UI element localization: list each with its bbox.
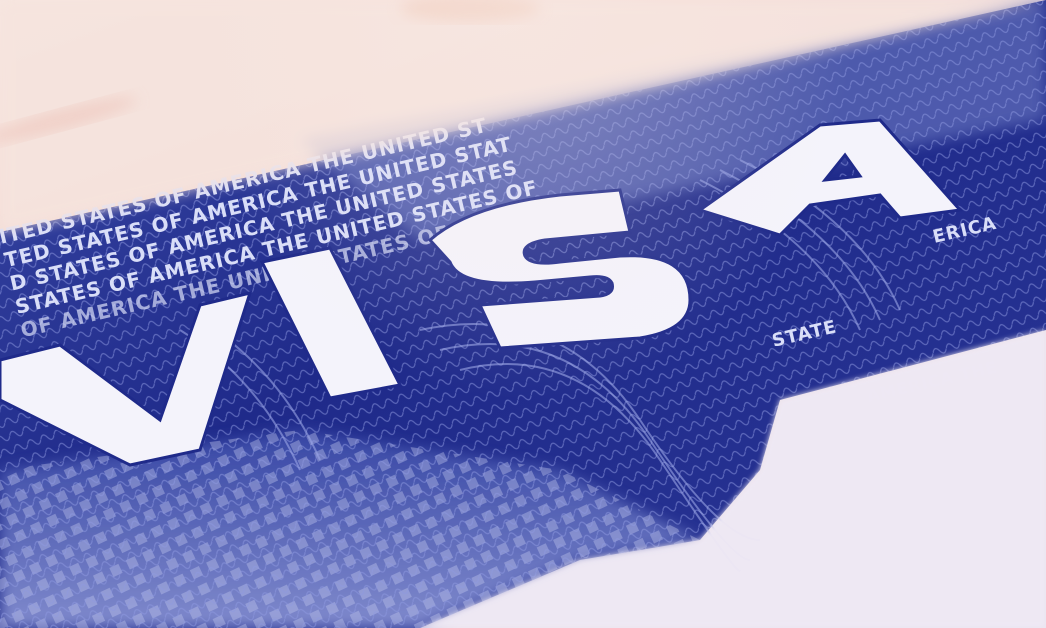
visa-illustration: ITED STATES OF AMERICA THE UNITED ST TED… — [0, 0, 1046, 628]
visa-photo: ITED STATES OF AMERICA THE UNITED ST TED… — [0, 0, 1046, 628]
